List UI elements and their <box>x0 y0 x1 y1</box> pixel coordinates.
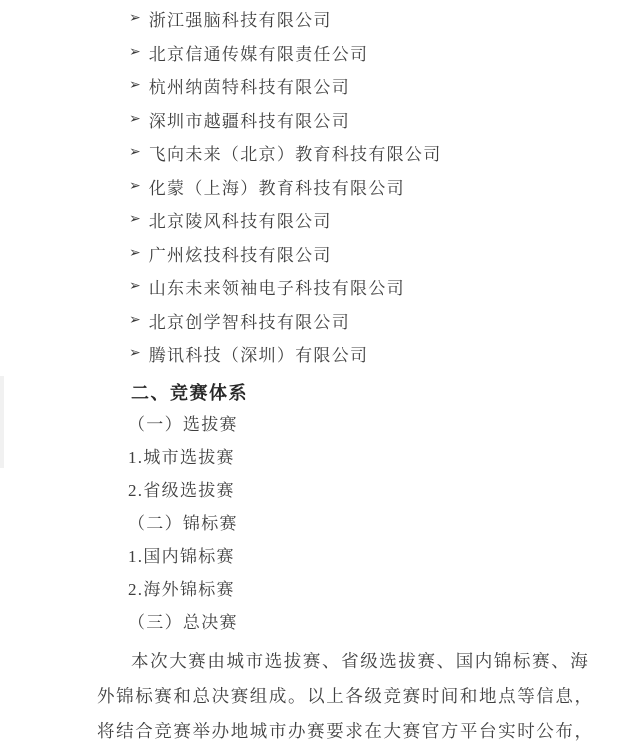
company-list-item: ➢ 化蒙（上海）教育科技有限公司 <box>129 170 442 204</box>
company-list-item: ➢ 北京信通传媒有限责任公司 <box>129 36 442 70</box>
subsection-item: 2.省级选拔赛 <box>128 474 238 507</box>
arrowhead-bullet-icon: ➢ <box>129 10 141 27</box>
company-list-item: ➢ 山东未来领袖电子科技有限公司 <box>129 270 442 304</box>
arrowhead-bullet-icon: ➢ <box>129 44 141 61</box>
subsection-item: 2.海外锦标赛 <box>128 573 238 606</box>
company-name: 山东未来领袖电子科技有限公司 <box>149 274 405 299</box>
arrowhead-bullet-icon: ➢ <box>129 345 141 362</box>
company-list-item: ➢ 北京创学智科技有限公司 <box>129 304 442 338</box>
company-name: 广州炫技科技有限公司 <box>149 241 332 266</box>
paragraph-line: 外锦标赛和总决赛组成。以上各级竞赛时间和地点等信息， <box>97 679 586 714</box>
subsection-list: （一）选拔赛 1.城市选拔赛 2.省级选拔赛 （二）锦标赛 1.国内锦标赛 2.… <box>128 408 238 639</box>
company-list-item: ➢ 腾讯科技（深圳）有限公司 <box>129 337 442 371</box>
company-name: 深圳市越疆科技有限公司 <box>149 107 350 132</box>
company-list-item: ➢ 杭州纳茵特科技有限公司 <box>129 69 442 103</box>
company-name: 腾讯科技（深圳）有限公司 <box>149 341 369 366</box>
subsection-label: （二）锦标赛 <box>128 507 238 540</box>
arrowhead-bullet-icon: ➢ <box>129 111 141 128</box>
company-name: 北京信通传媒有限责任公司 <box>149 40 369 65</box>
subsection-item: 1.国内锦标赛 <box>128 540 238 573</box>
subsection-label: （一）选拔赛 <box>128 408 238 441</box>
company-name: 飞向未来（北京）教育科技有限公司 <box>149 140 442 165</box>
scan-artifact <box>0 376 4 468</box>
arrowhead-bullet-icon: ➢ <box>129 211 141 228</box>
company-list-item: ➢ 深圳市越疆科技有限公司 <box>129 103 442 137</box>
arrowhead-bullet-icon: ➢ <box>129 245 141 262</box>
section-heading: 二、竞赛体系 <box>131 379 248 405</box>
company-list-item: ➢ 飞向未来（北京）教育科技有限公司 <box>129 136 442 170</box>
company-list: ➢ 浙江强脑科技有限公司 ➢ 北京信通传媒有限责任公司 ➢ 杭州纳茵特科技有限公… <box>129 2 442 371</box>
subsection-item: 1.城市选拔赛 <box>128 441 238 474</box>
company-name: 化蒙（上海）教育科技有限公司 <box>149 174 405 199</box>
arrowhead-bullet-icon: ➢ <box>129 278 141 295</box>
document-page: ➢ 浙江强脑科技有限公司 ➢ 北京信通传媒有限责任公司 ➢ 杭州纳茵特科技有限公… <box>0 0 635 754</box>
body-paragraph: 本次大赛由城市选拔赛、省级选拔赛、国内锦标赛、海 外锦标赛和总决赛组成。以上各级… <box>97 644 586 749</box>
arrowhead-bullet-icon: ➢ <box>129 77 141 94</box>
arrowhead-bullet-icon: ➢ <box>129 144 141 161</box>
company-name: 北京陵风科技有限公司 <box>149 207 332 232</box>
paragraph-line: 本次大赛由城市选拔赛、省级选拔赛、国内锦标赛、海 <box>97 644 586 679</box>
company-name: 浙江强脑科技有限公司 <box>149 6 332 31</box>
subsection-label: （三）总决赛 <box>128 606 238 639</box>
arrowhead-bullet-icon: ➢ <box>129 312 141 329</box>
company-name: 杭州纳茵特科技有限公司 <box>149 73 350 98</box>
paragraph-line: 将结合竞赛举办地城市办赛要求在大赛官方平台实时公布， <box>97 714 586 749</box>
company-list-item: ➢ 广州炫技科技有限公司 <box>129 237 442 271</box>
arrowhead-bullet-icon: ➢ <box>129 178 141 195</box>
company-name: 北京创学智科技有限公司 <box>149 308 350 333</box>
company-list-item: ➢ 北京陵风科技有限公司 <box>129 203 442 237</box>
company-list-item: ➢ 浙江强脑科技有限公司 <box>129 2 442 36</box>
